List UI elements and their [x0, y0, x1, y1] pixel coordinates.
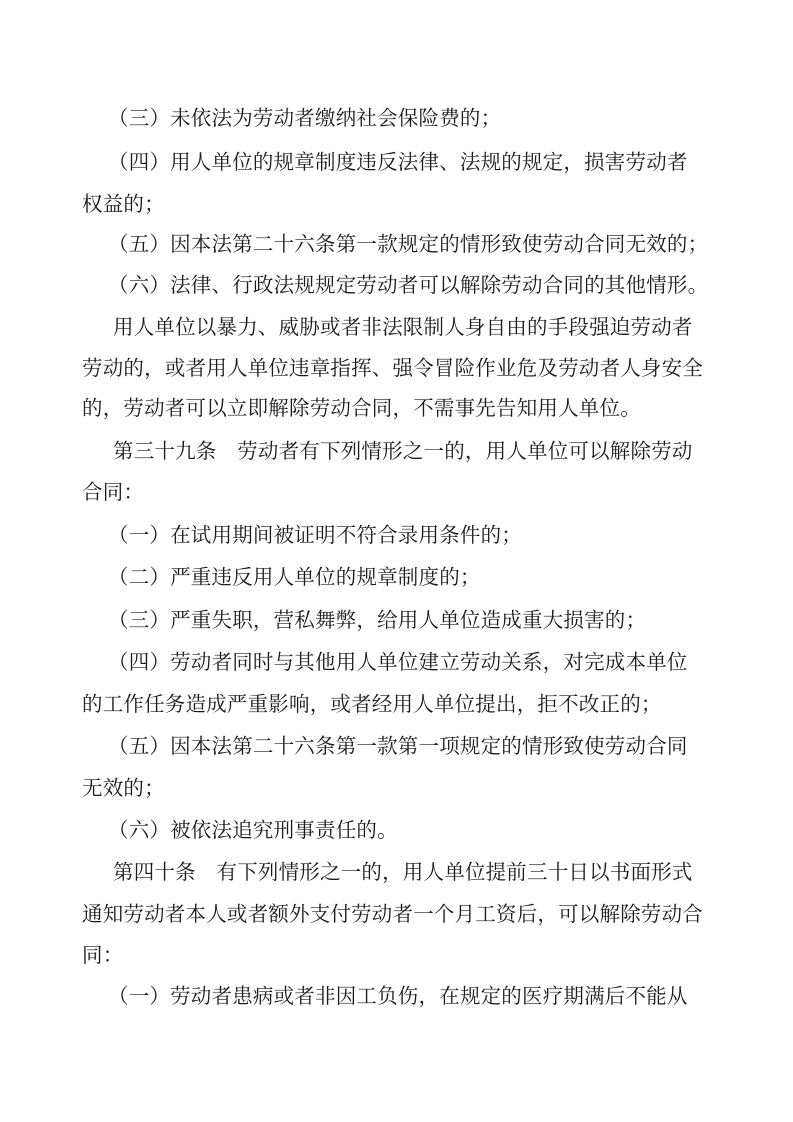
article-39-heading-line: 第三十九条 劳动者有下列情形之一的，用人单位可以解除劳动	[113, 439, 693, 463]
article-40-heading-line: 第四十条 有下列情形之一的，用人单位提前三十日以书面形式	[113, 860, 693, 884]
text-line: （三）严重失职，营私舞弊，给用人单位造成重大损害的；	[108, 608, 646, 632]
text-line: （六）被依法追究刑事责任的。	[108, 818, 398, 842]
text-line: （四）劳动者同时与其他用人单位建立劳动关系，对完成本单位	[108, 650, 688, 674]
text-line: 的工作任务造成严重影响，或者经用人单位提出，拒不改正的；	[82, 692, 662, 716]
text-line: 合同：	[82, 480, 144, 504]
text-line: 劳动的，或者用人单位违章指挥、强令冒险作业危及劳动者人身安全	[82, 356, 703, 380]
text-line: （二）严重违反用人单位的规章制度的；	[108, 565, 481, 589]
text-line: 权益的；	[82, 192, 165, 216]
text-line: 的，劳动者可以立即解除劳动合同，不需事先告知用人单位。	[82, 396, 641, 420]
text-line: （五）因本法第二十六条第一款第一项规定的情形致使劳动合同	[108, 734, 688, 758]
text-line: 用人单位以暴力、威胁或者非法限制人身自由的手段强迫劳动者	[113, 315, 693, 339]
text-line: （三）未依法为劳动者缴纳社会保险费的；	[108, 106, 501, 130]
text-line: （六）法律、行政法规规定劳动者可以解除劳动合同的其他情形。	[108, 273, 708, 297]
text-line: （一）在试用期间被证明不符合录用条件的；	[108, 523, 522, 547]
text-line: 无效的；	[82, 776, 165, 800]
document-page: （三）未依法为劳动者缴纳社会保险费的； （四）用人单位的规章制度违反法律、法规的…	[0, 0, 793, 1122]
text-line: 同：	[82, 943, 123, 967]
text-line: 通知劳动者本人或者额外支付劳动者一个月工资后，可以解除劳动合	[82, 902, 703, 926]
text-line: （四）用人单位的规章制度违反法律、法规的规定，损害劳动者	[108, 150, 688, 174]
text-line: （一）劳动者患病或者非因工负伤，在规定的医疗期满后不能从	[108, 984, 688, 1008]
text-line: （五）因本法第二十六条第一款规定的情形致使劳动合同无效的；	[108, 232, 708, 256]
